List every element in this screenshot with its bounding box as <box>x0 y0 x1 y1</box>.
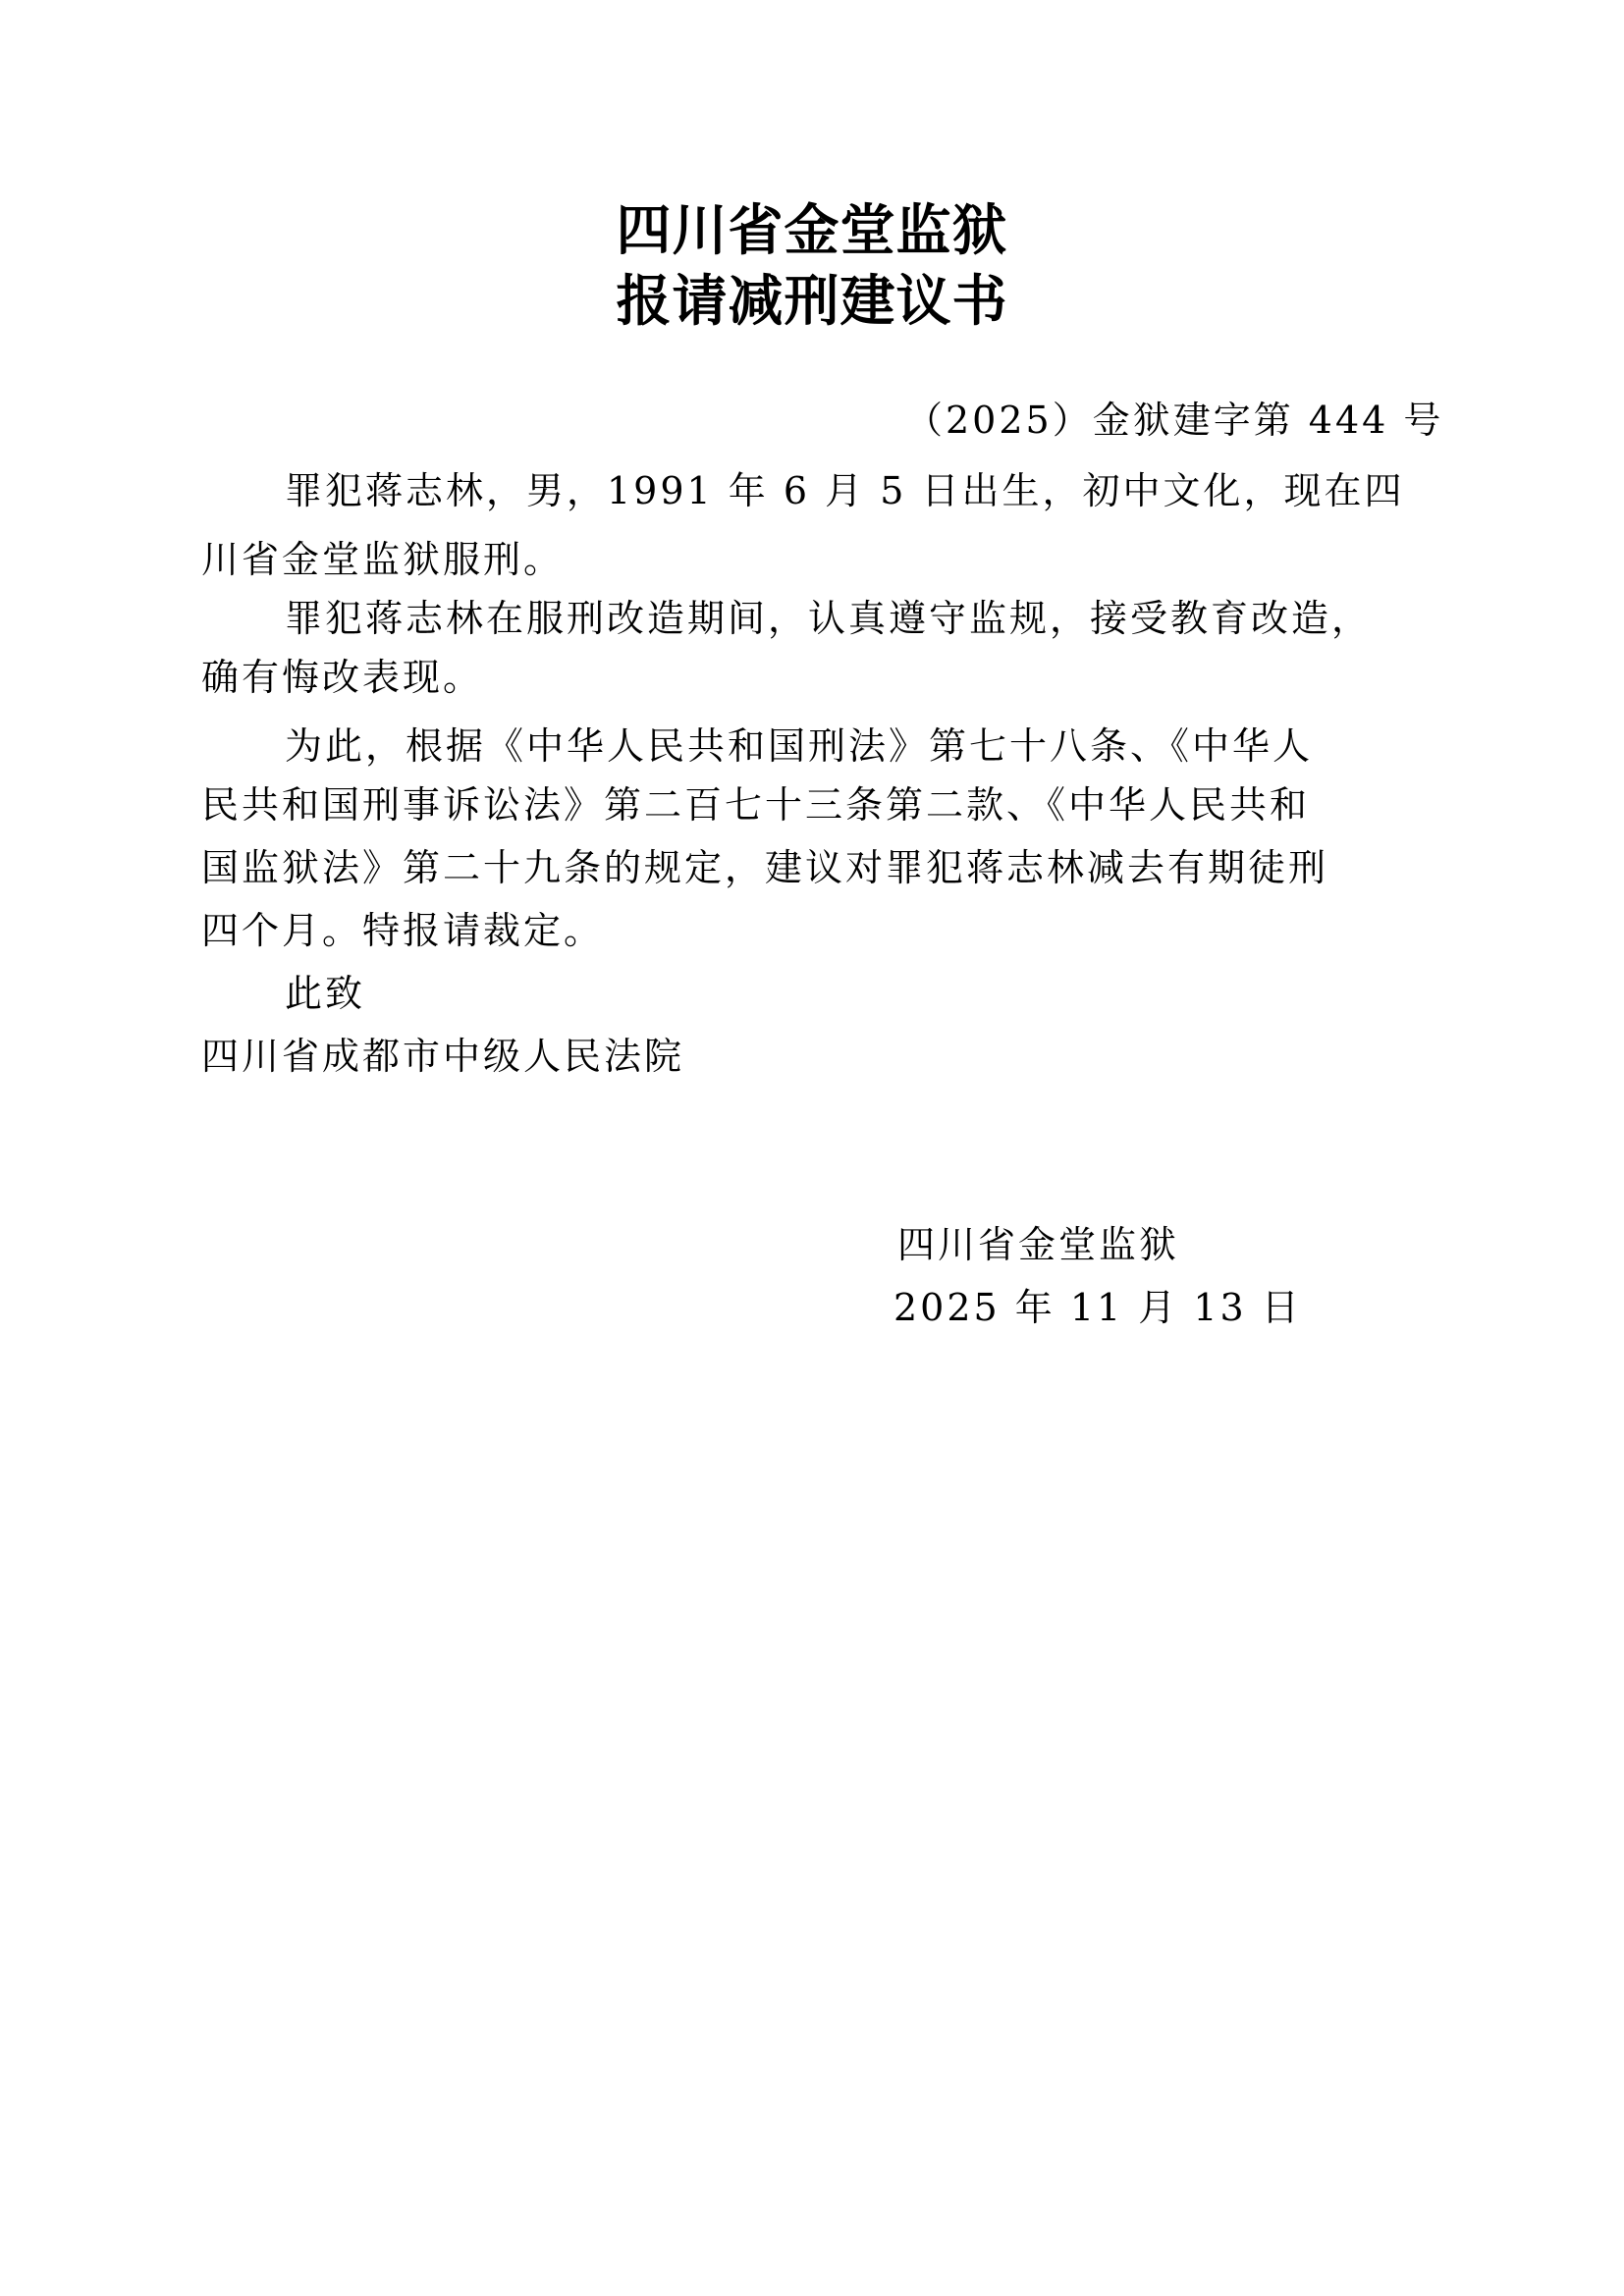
recipient: 四川省成都市中级人民法院 <box>201 1035 1438 1078</box>
document-page: 四川省金堂监狱 报请减刑建议书 （2025）金狱建字第 444 号 罪犯蒋志林，… <box>0 0 1624 2296</box>
paragraph-2-line-2: 确有悔改表现。 <box>201 656 1438 699</box>
paragraph-1-line-1: 罪犯蒋志林，男，1991 年 6 月 5 日出生，初中文化，现在四 <box>285 469 1438 512</box>
paragraph-3-line-3: 国监狱法》第二十九条的规定，建议对罪犯蒋志林减去有期徒刑 <box>201 846 1438 889</box>
signature-issuer: 四川省金堂监狱 <box>897 1223 1179 1266</box>
document-number: （2025）金狱建字第 444 号 <box>905 399 1443 442</box>
salutation: 此致 <box>285 972 365 1015</box>
paragraph-2-line-1: 罪犯蒋志林在服刑改造期间，认真遵守监规，接受教育改造， <box>285 597 1372 640</box>
signature-date: 2025 年 11 月 13 日 <box>893 1286 1302 1329</box>
paragraph-1-line-2: 川省金堂监狱服刑。 <box>201 538 1438 581</box>
paragraph-3-line-4: 四个月。特报请裁定。 <box>201 909 1438 952</box>
paragraph-3-line-2: 民共和国刑事诉讼法》第二百七十三条第二款、《中华人民共和 <box>201 783 1438 827</box>
paragraph-3-line-1: 为此，根据《中华人民共和国刑法》第七十八条、《中华人 <box>285 724 1313 768</box>
title-line-2: 报请减刑建议书 <box>0 272 1624 331</box>
title-line-1: 四川省金堂监狱 <box>0 201 1624 260</box>
